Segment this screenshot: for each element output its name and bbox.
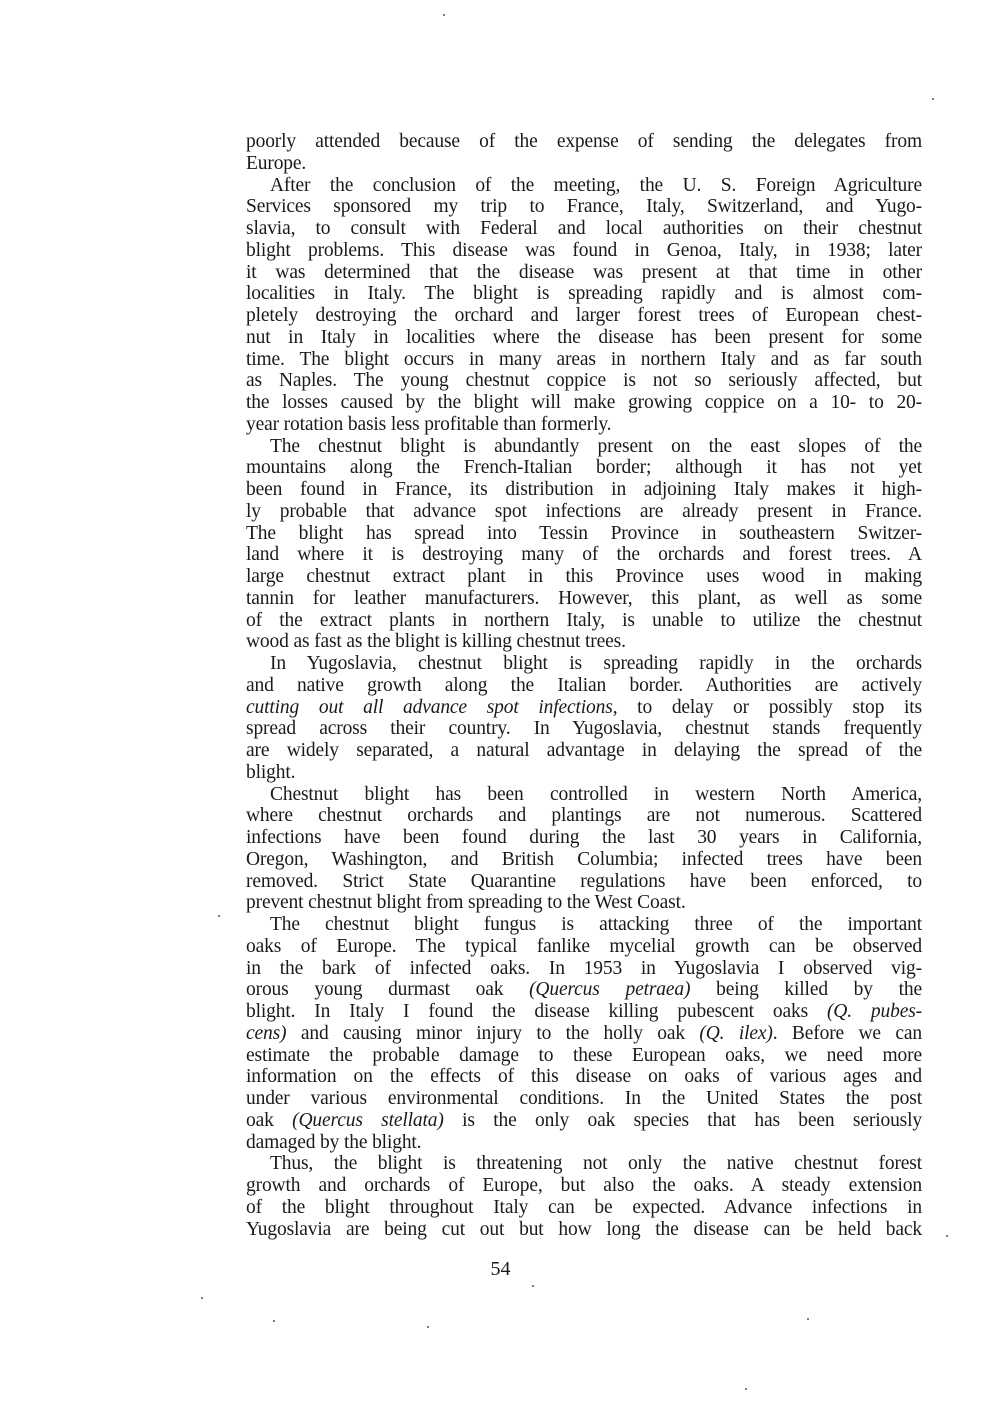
scan-speck bbox=[532, 1285, 534, 1287]
page-number: 54 bbox=[0, 1258, 1001, 1281]
text-line: slavia, to consult with Federal and loca… bbox=[246, 218, 922, 240]
text-line: it was determined that the disease was p… bbox=[246, 262, 922, 284]
text-line: The chestnut blight is abundantly presen… bbox=[246, 436, 922, 458]
text-line: prevent chestnut blight from spreading t… bbox=[246, 892, 922, 914]
text-line: wood as fast as the blight is killing ch… bbox=[246, 631, 922, 653]
text-line: Chestnut blight has been controlled in w… bbox=[246, 784, 922, 806]
text-line: in the bark of infected oaks. In 1953 in… bbox=[246, 958, 922, 980]
text-line: tannin for leather manufacturers. Howeve… bbox=[246, 588, 922, 610]
text-line: damaged by the blight. bbox=[246, 1132, 922, 1154]
text-line: pletely destroying the orchard and large… bbox=[246, 305, 922, 327]
text-line: nut in Italy in localities where the dis… bbox=[246, 327, 922, 349]
text-line: oak (Quercus stellata) is the only oak s… bbox=[246, 1110, 922, 1132]
scan-speck bbox=[201, 1297, 203, 1299]
text-line: been found in France, its distribution i… bbox=[246, 479, 922, 501]
scan-speck bbox=[745, 1388, 747, 1390]
scan-speck bbox=[427, 1326, 429, 1328]
paragraph: After the conclusion of the meeting, the… bbox=[246, 175, 922, 436]
text-line: growth and orchards of Europe, but also … bbox=[246, 1175, 922, 1197]
text-line: large chestnut extract plant in this Pro… bbox=[246, 566, 922, 588]
text-line: mountains along the French-Italian borde… bbox=[246, 457, 922, 479]
text-line: blight. In Italy I found the disease kil… bbox=[246, 1001, 922, 1023]
text-line: cens) and causing minor injury to the ho… bbox=[246, 1023, 922, 1045]
paragraph: Thus, the blight is threatening not only… bbox=[246, 1153, 922, 1240]
text-line: spread across their country. In Yugoslav… bbox=[246, 718, 922, 740]
text-line: localities in Italy. The blight is sprea… bbox=[246, 283, 922, 305]
text-line: of the blight throughout Italy can be ex… bbox=[246, 1197, 922, 1219]
text-line: The chestnut blight fungus is attacking … bbox=[246, 914, 922, 936]
text-line: In Yugoslavia, chestnut blight is spread… bbox=[246, 653, 922, 675]
paragraph: poorly attended because of the expense o… bbox=[246, 131, 922, 175]
text-line: time. The blight occurs in many areas in… bbox=[246, 349, 922, 371]
text-line: the losses caused by the blight will mak… bbox=[246, 392, 922, 414]
text-line: year rotation basis less profitable than… bbox=[246, 414, 922, 436]
paragraph: In Yugoslavia, chestnut blight is spread… bbox=[246, 653, 922, 784]
scan-speck bbox=[218, 915, 220, 917]
paragraph: Chestnut blight has been controlled in w… bbox=[246, 784, 922, 915]
paragraph: The chestnut blight is abundantly presen… bbox=[246, 436, 922, 654]
text-line: cutting out all advance spot infections,… bbox=[246, 697, 922, 719]
text-line: as Naples. The young chestnut coppice is… bbox=[246, 370, 922, 392]
document-page: poorly attended because of the expense o… bbox=[0, 0, 1001, 1418]
scan-speck bbox=[807, 1318, 809, 1320]
text-line: where chestnut orchards and plantings ar… bbox=[246, 805, 922, 827]
text-line: land where it is destroying many of the … bbox=[246, 544, 922, 566]
text-line: blight problems. This disease was found … bbox=[246, 240, 922, 262]
text-line: Yugoslavia are being cut out but how lon… bbox=[246, 1219, 922, 1241]
text-line: Thus, the blight is threatening not only… bbox=[246, 1153, 922, 1175]
text-line: blight. bbox=[246, 762, 922, 784]
scan-speck bbox=[932, 98, 934, 100]
scan-speck bbox=[273, 1320, 275, 1322]
text-line: Oregon, Washington, and British Columbia… bbox=[246, 849, 922, 871]
text-line: poorly attended because of the expense o… bbox=[246, 131, 922, 153]
text-line: information on the effects of this disea… bbox=[246, 1066, 922, 1088]
paragraph: The chestnut blight fungus is attacking … bbox=[246, 914, 922, 1153]
text-line: infections have been found during the la… bbox=[246, 827, 922, 849]
text-line: of the extract plants in northern Italy,… bbox=[246, 610, 922, 632]
italic-term: cens) bbox=[246, 1023, 286, 1044]
text-line: under various environmental conditions. … bbox=[246, 1088, 922, 1110]
italic-term: (Quercus petraea) bbox=[529, 979, 690, 1000]
text-line: oaks of Europe. The typical fanlike myce… bbox=[246, 936, 922, 958]
text-line: The blight has spread into Tessin Provin… bbox=[246, 523, 922, 545]
text-line: ly probable that advance spot infections… bbox=[246, 501, 922, 523]
text-line: and native growth along the Italian bord… bbox=[246, 675, 922, 697]
italic-term: (Q. ilex) bbox=[699, 1023, 772, 1044]
text-line: orous young durmast oak (Quercus petraea… bbox=[246, 979, 922, 1001]
text-line: Europe. bbox=[246, 153, 922, 175]
text-line: are widely separated, a natural advantag… bbox=[246, 740, 922, 762]
body-text: poorly attended because of the expense o… bbox=[246, 131, 922, 1240]
scan-speck bbox=[443, 14, 445, 16]
text-line: estimate the probable damage to these Eu… bbox=[246, 1045, 922, 1067]
scan-speck bbox=[946, 1235, 948, 1237]
text-line: After the conclusion of the meeting, the… bbox=[246, 175, 922, 197]
italic-term: (Quercus stellata) bbox=[292, 1110, 444, 1131]
italic-term: (Q. pubes- bbox=[827, 1001, 922, 1022]
text-line: Services sponsored my trip to France, It… bbox=[246, 196, 922, 218]
text-line: removed. Strict State Quarantine regulat… bbox=[246, 871, 922, 893]
italic-term: cutting out all advance spot infections bbox=[246, 697, 613, 718]
